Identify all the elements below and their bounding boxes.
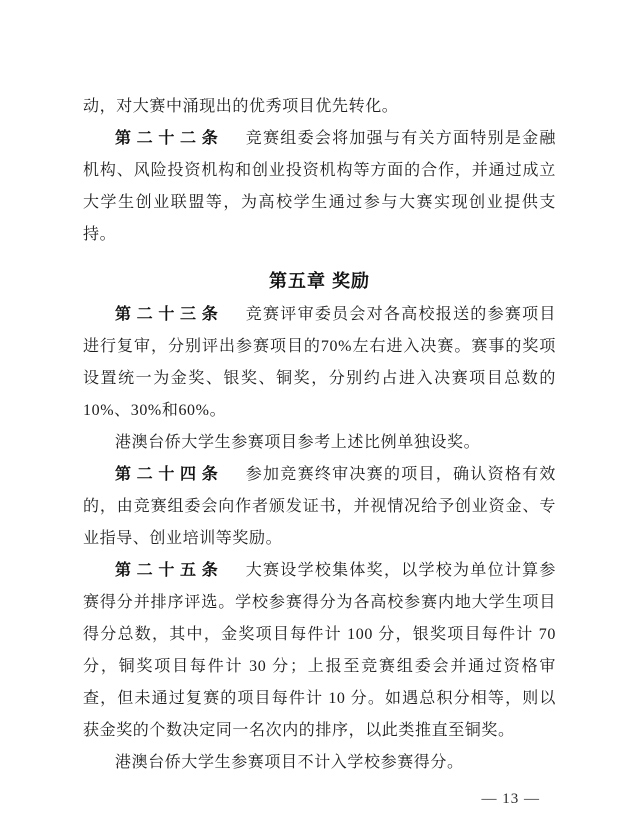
- paragraph-continuation: 动，对大赛中涌现出的优秀项目优先转化。: [83, 91, 556, 123]
- page-number: — 13 —: [482, 791, 541, 807]
- paragraph-article-22: 第二十二条竞赛组委会将加强与有关方面特别是金融机构、风险投资机构和创业投资机构等…: [83, 123, 556, 251]
- article-25-label: 第二十五条: [115, 562, 223, 579]
- page-footer: — 13 —: [482, 790, 541, 808]
- article-25-text: 大赛设学校集体奖，以学校为单位计算参赛得分并排序评选。学校参赛得分为各高校参赛内…: [83, 562, 556, 739]
- paragraph-article-25: 第二十五条大赛设学校集体奖，以学校为单位计算参赛得分并排序评选。学校参赛得分为各…: [83, 555, 556, 747]
- paragraph-article-23: 第二十三条竞赛评审委员会对各高校报送的参赛项目进行复审，分别评出参赛项目的70%…: [83, 299, 556, 427]
- paragraph-hmt-score-text: 港澳台侨大学生参赛项目不计入学校参赛得分。: [115, 754, 464, 771]
- article-23-label: 第二十三条: [115, 306, 223, 323]
- article-22-label: 第二十二条: [115, 130, 223, 147]
- paragraph-continuation-text: 动，对大赛中涌现出的优秀项目优先转化。: [83, 98, 398, 115]
- document-content: 动，对大赛中涌现出的优秀项目优先转化。 第二十二条竞赛组委会将加强与有关方面特别…: [83, 91, 556, 779]
- article-24-label: 第二十四条: [115, 466, 223, 483]
- paragraph-hmt-score: 港澳台侨大学生参赛项目不计入学校参赛得分。: [83, 747, 556, 779]
- paragraph-hmt-awards: 港澳台侨大学生参赛项目参考上述比例单独设奖。: [83, 427, 556, 459]
- paragraph-article-24: 第二十四条参加竞赛终审决赛的项目，确认资格有效的，由竞赛组委会向作者颁发证书，并…: [83, 459, 556, 555]
- paragraph-hmt-awards-text: 港澳台侨大学生参赛项目参考上述比例单独设奖。: [115, 434, 480, 451]
- chapter-heading: 第五章 奖励: [83, 265, 556, 297]
